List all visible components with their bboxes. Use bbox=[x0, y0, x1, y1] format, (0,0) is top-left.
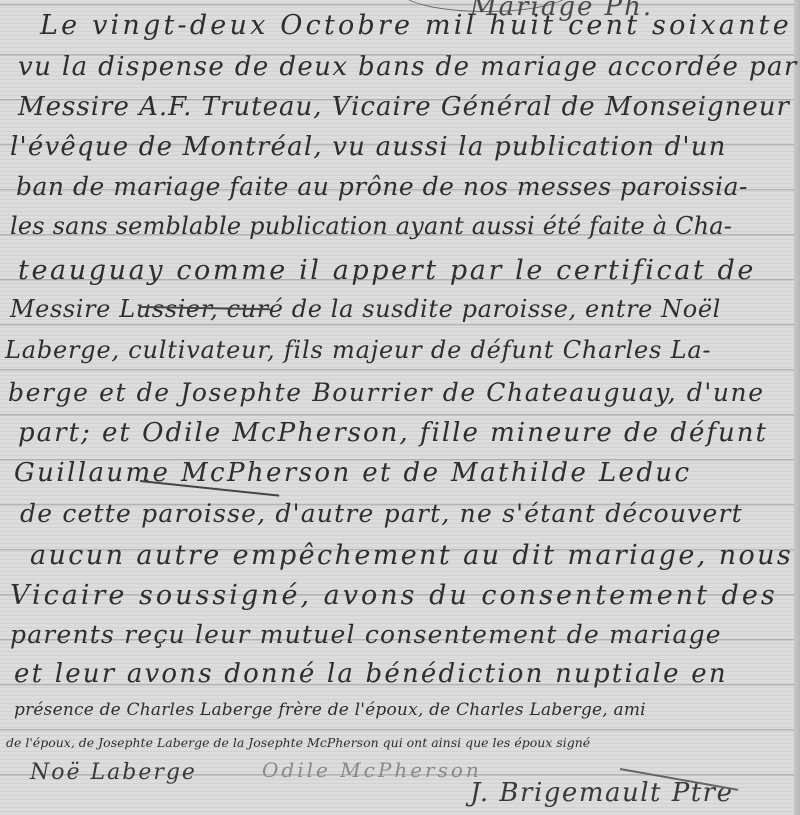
page-edge bbox=[794, 0, 800, 815]
entry-line-3: Messire A.F. Truteau, Vicaire Général de… bbox=[18, 92, 790, 122]
entry-line-13: de cette paroisse, d'autre part, ne s'ét… bbox=[20, 499, 743, 528]
entry-line-9: Laberge, cultivateur, fils majeur de déf… bbox=[5, 336, 711, 364]
entry-line-7: teauguay comme il appert par le certific… bbox=[18, 255, 756, 286]
entry-line-5: ban de mariage faite au prône de nos mes… bbox=[16, 172, 748, 201]
entry-line-2: vu la dispense de deux bans de mariage a… bbox=[18, 52, 798, 82]
entry-line-1: Le vingt-deux Octobre mil huit cent soix… bbox=[40, 10, 800, 41]
signature-bride: Odile McPherson bbox=[262, 758, 482, 782]
entry-line-16: parents reçu leur mutuel consentement de… bbox=[10, 620, 722, 649]
entry-line-8: Messire Lussier, curé de la susdite paro… bbox=[10, 295, 721, 323]
entry-line-18: présence de Charles Laberge frère de l'é… bbox=[14, 700, 646, 720]
entry-line-6: les sans semblable publication ayant aus… bbox=[10, 212, 732, 240]
signature-groom: Noë Laberge bbox=[30, 760, 197, 785]
entry-line-11: part; et Odile McPherson, fille mineure … bbox=[18, 418, 768, 448]
entry-line-14: aucun autre empêchement au dit mariage, … bbox=[30, 540, 793, 571]
entry-line-10: berge et de Josephte Bourrier de Chateau… bbox=[8, 378, 765, 407]
entry-line-17: et leur avons donné la bénédiction nupti… bbox=[14, 659, 728, 689]
register-page: Mariage Ph. Le vingt-deux Octobre mil hu… bbox=[0, 0, 800, 815]
entry-line-19: de l'époux, de Josephte Laberge de la Jo… bbox=[6, 735, 590, 750]
entry-line-4: l'évêque de Montréal, vu aussi la public… bbox=[10, 132, 727, 162]
entry-line-12: Guillaume McPherson et de Mathilde Leduc bbox=[14, 458, 692, 488]
entry-line-15: Vicaire soussigné, avons du consentement… bbox=[10, 580, 778, 611]
